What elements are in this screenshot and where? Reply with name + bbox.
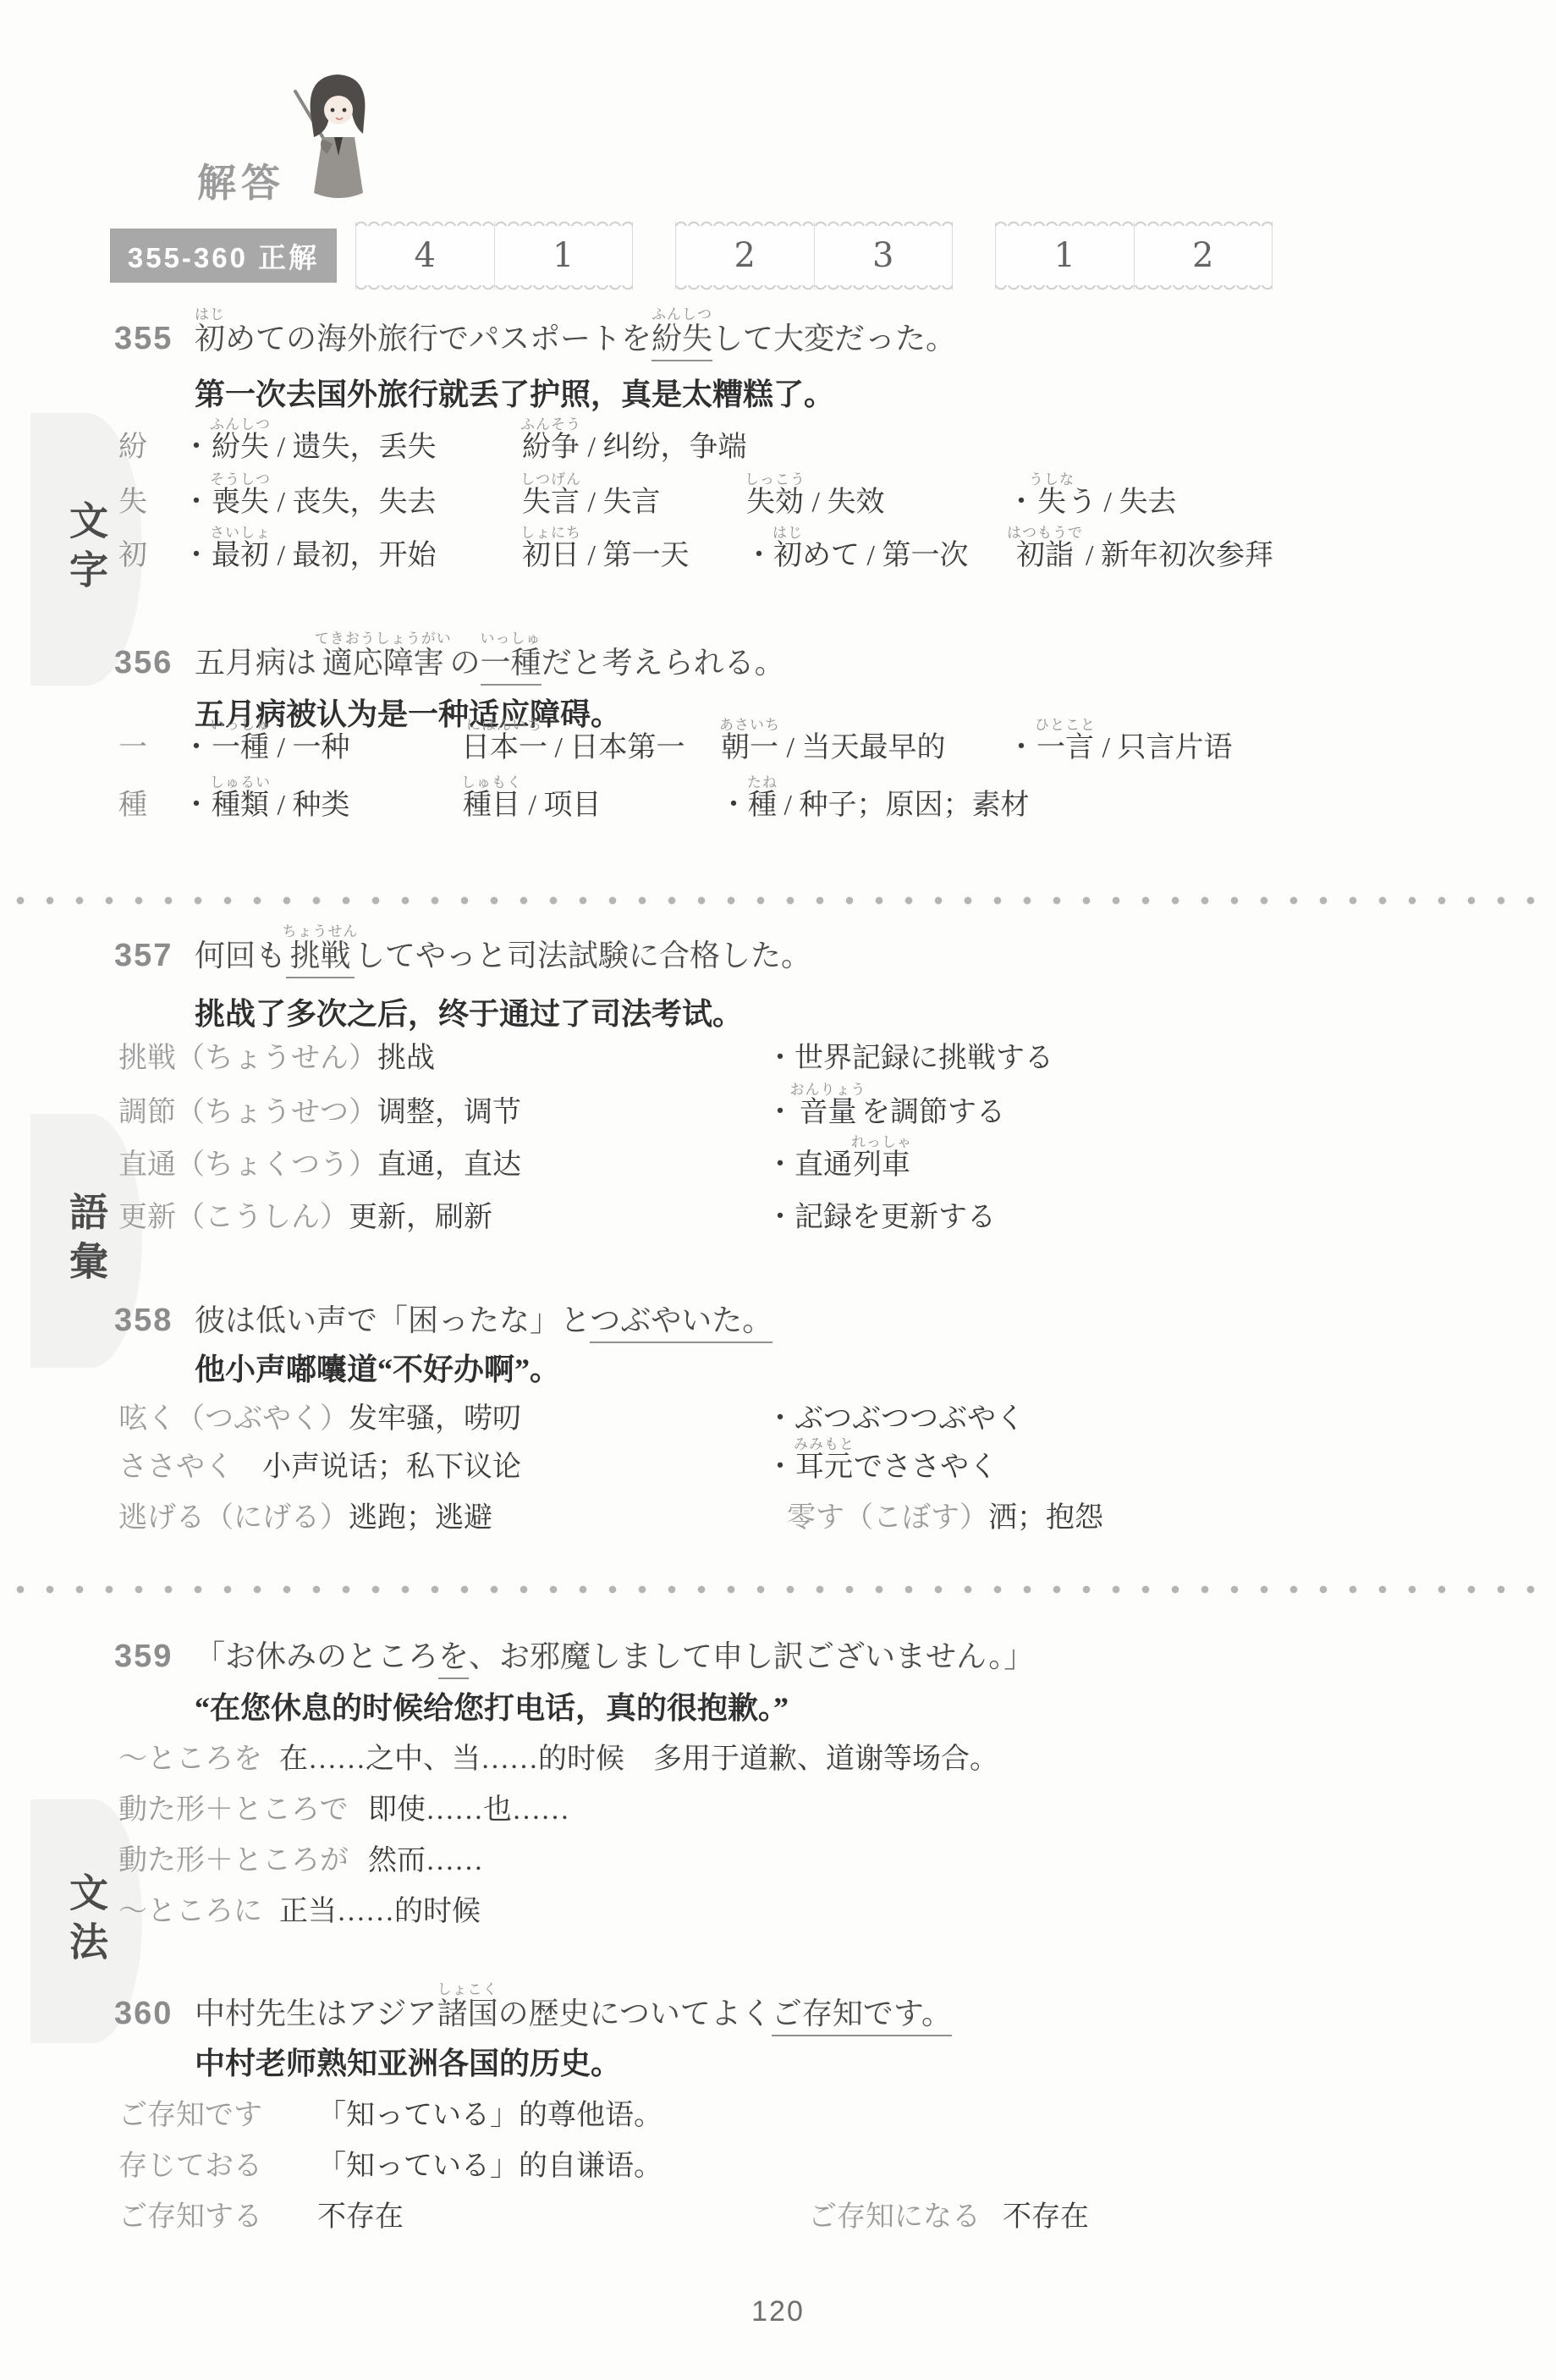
vocab-cell: ・喪失そうしつ / 丧失，失去 bbox=[182, 471, 436, 521]
vocab-key: 初 bbox=[118, 537, 147, 575]
dotted-divider-2 bbox=[15, 1584, 1540, 1595]
page-number: 120 bbox=[0, 2295, 1556, 2328]
vocab-cell: ・紛失ふんしつ / 遗失，丢失 bbox=[182, 416, 436, 466]
answer-358: 3 bbox=[814, 222, 953, 289]
vocab-cell: 初詣はつもうで / 新年初次参拜 bbox=[1007, 525, 1273, 575]
answer-357: 2 bbox=[676, 222, 814, 289]
vocab-term: 逃げる（にげる）逃跑；逃避 bbox=[118, 1500, 492, 1537]
q360-sentence-text: 中村先生はアジア諸国しょこくの歴史についてよくご存知です。 bbox=[195, 1996, 952, 2036]
vocab-cell: 失効しっこう / 失效 bbox=[745, 471, 884, 521]
q358-sentence-text: 彼は低い声で「困ったな」とつぶやいた。 bbox=[195, 1303, 773, 1343]
vocab-cell: 失言しつげん / 失言 bbox=[520, 471, 660, 521]
q358-vocab-row-2: ささやく 小声说话；私下议论 ・耳元みみもとでささやく bbox=[0, 1429, 1556, 1486]
answer-box-group-1: 4 1 bbox=[355, 222, 633, 289]
q355-vocab-row-3: 初 ・最初さいしょ / 最初，开始 初日しょにち / 第一天 ・初はじめて / … bbox=[0, 517, 1556, 575]
vocab-example: ・記録を更新する bbox=[766, 1199, 996, 1237]
q357-sentence: 357何回も挑戦ちょうせんしてやっと司法試験に合格した。 bbox=[114, 923, 811, 986]
vocab-cell: ・初はじめて / 第一次 bbox=[745, 525, 968, 575]
grammar-term: ご存知する bbox=[118, 2199, 262, 2236]
vocab-example: 零す（こぼす）洒；抱怨 bbox=[787, 1500, 1103, 1537]
vocab-cell: ・失うしなう / 失去 bbox=[1007, 471, 1176, 521]
vocab-cell: 朝一あさいち / 当天最早的 bbox=[719, 717, 945, 767]
q359-sentence: 359「お休みのところを、お邪魔しまして申し訳ございません。」 bbox=[114, 1626, 1034, 1687]
answer-355: 4 bbox=[356, 222, 494, 289]
q356-number: 356 bbox=[114, 632, 195, 693]
q358-number: 358 bbox=[114, 1290, 195, 1351]
vocab-key: 失 bbox=[118, 484, 147, 521]
q357-vocab-row-1: 挑戦（ちょうせん）挑战 ・世界記録に挑戦する bbox=[0, 1020, 1556, 1077]
vocab-cell: ・種たね / 种子；原因；素材 bbox=[719, 774, 1029, 824]
q360-number: 360 bbox=[114, 1983, 195, 2044]
vocab-cell: ・一言ひとこと / 只言片语 bbox=[1007, 717, 1232, 767]
vocab-term: 更新（こうしん）更新，刷新 bbox=[118, 1199, 492, 1237]
q359-grammar-row-4: ～ところに 正当……的时候 bbox=[0, 1873, 1556, 1931]
grammar-term: ご存知になる bbox=[808, 2199, 981, 2236]
q356-vocab-row-1: 一 ・一種いっしゅ / 一种 日本一にほんいち / 日本第一 朝一あさいち / … bbox=[0, 709, 1556, 767]
q359-number: 359 bbox=[114, 1626, 195, 1687]
answer-360: 2 bbox=[1134, 222, 1273, 289]
vocab-key: 種 bbox=[118, 787, 147, 824]
section-heading-kaito: 解答 bbox=[197, 152, 285, 208]
vocab-cell: 種目しゅもく / 项目 bbox=[461, 774, 601, 824]
grammar-definition: 不存在 bbox=[317, 2199, 404, 2236]
answer-key-row: 355-360 正解 4 1 2 3 1 2 bbox=[110, 222, 1273, 289]
girl-teacher-icon bbox=[285, 66, 387, 214]
q360-grammar-row-2: 存じておる 「知っている」的自谦语。 bbox=[0, 2128, 1556, 2185]
q355-sentence: 355初はじめての海外旅行でパスポートを紛失ふんしつして大変だった。 bbox=[114, 306, 956, 369]
vocab-cell: 紛争ふんそう / 纠纷，争端 bbox=[520, 416, 746, 466]
answer-range-badge: 355-360 正解 bbox=[110, 229, 337, 283]
q357-vocab-row-3: 直通（ちょくつう）直通，直达 ・直通列車れっしゃ bbox=[0, 1127, 1556, 1184]
q360-grammar-row-1: ご存知です 「知っている」的尊他语。 bbox=[0, 2077, 1556, 2135]
vocab-example: ・世界記録に挑戦する bbox=[766, 1040, 1053, 1077]
vocab-key: 一 bbox=[118, 730, 147, 767]
vocab-cell: ・一種いっしゅ / 一种 bbox=[182, 717, 349, 767]
vocab-cell: ・最初さいしょ / 最初，开始 bbox=[182, 525, 436, 575]
dotted-divider-1 bbox=[15, 895, 1540, 906]
answer-box-group-2: 2 3 bbox=[675, 222, 953, 289]
q359-grammar-row-1: ～ところを 在……之中、当……的时候 多用于道歉、道谢等场合。 bbox=[0, 1721, 1556, 1778]
q357-sentence-text: 何回も挑戦ちょうせんしてやっと司法試験に合格した。 bbox=[195, 938, 811, 978]
mascot-illustration bbox=[285, 66, 387, 218]
vocab-cell: 日本一にほんいち / 日本第一 bbox=[461, 717, 685, 767]
vocab-example: ・直通列車れっしゃ bbox=[766, 1134, 912, 1184]
q355-vocab-row-1: 紛 ・紛失ふんしつ / 遗失，丢失 紛争ふんそう / 纠纷，争端 bbox=[0, 409, 1556, 466]
vocab-example: ・音量おんりょうを調節する bbox=[766, 1082, 1005, 1132]
q357-number: 357 bbox=[114, 925, 195, 986]
answer-box-group-3: 1 2 bbox=[995, 222, 1273, 289]
q360-grammar-row-3: ご存知する 不存在 ご存知になる 不存在 bbox=[0, 2179, 1556, 2236]
q356-sentence: 356五月病は適応障害てきおうしょうがいの一種いっしゅだと考えられる。 bbox=[114, 631, 785, 693]
q359-grammar-row-3: 動た形＋ところが 然而…… bbox=[0, 1822, 1556, 1880]
grammar-term: ～ところに bbox=[118, 1893, 262, 1931]
vocab-term: 挑戦（ちょうせん）挑战 bbox=[118, 1040, 435, 1077]
q355-sentence-text: 初はじめての海外旅行でパスポートを紛失ふんしつして大変だった。 bbox=[195, 321, 956, 361]
grammar-definition: 正当……的时候 bbox=[279, 1893, 481, 1931]
q357-vocab-row-2: 調節（ちょうせつ）调整，调节 ・音量おんりょうを調節する bbox=[0, 1074, 1556, 1132]
q359-grammar-row-2: 動た形＋ところで 即使……也…… bbox=[0, 1771, 1556, 1829]
answer-356: 1 bbox=[494, 222, 633, 289]
q358-vocab-row-3: 逃げる（にげる）逃跑；逃避 零す（こぼす）洒；抱怨 bbox=[0, 1479, 1556, 1537]
grammar-definition: 不存在 bbox=[1003, 2199, 1089, 2236]
vocab-cell: ・種類しゅるい / 种类 bbox=[182, 774, 349, 824]
q356-vocab-row-2: 種 ・種類しゅるい / 种类 種目しゅもく / 项目 ・種たね / 种子；原因；… bbox=[0, 767, 1556, 824]
q355-number: 355 bbox=[114, 308, 195, 369]
vocab-key: 紛 bbox=[118, 429, 147, 466]
q359-sentence-text: 「お休みのところを、お邪魔しまして申し訳ございません。」 bbox=[195, 1639, 1034, 1679]
answer-359: 1 bbox=[996, 222, 1134, 289]
q357-vocab-row-4: 更新（こうしん）更新，刷新 ・記録を更新する bbox=[0, 1179, 1556, 1237]
q356-sentence-text: 五月病は適応障害てきおうしょうがいの一種いっしゅだと考えられる。 bbox=[195, 645, 785, 686]
q355-vocab-row-2: 失 ・喪失そうしつ / 丧失，失去 失言しつげん / 失言 失効しっこう / 失… bbox=[0, 464, 1556, 521]
vocab-cell: 初日しょにち / 第一天 bbox=[520, 525, 689, 575]
